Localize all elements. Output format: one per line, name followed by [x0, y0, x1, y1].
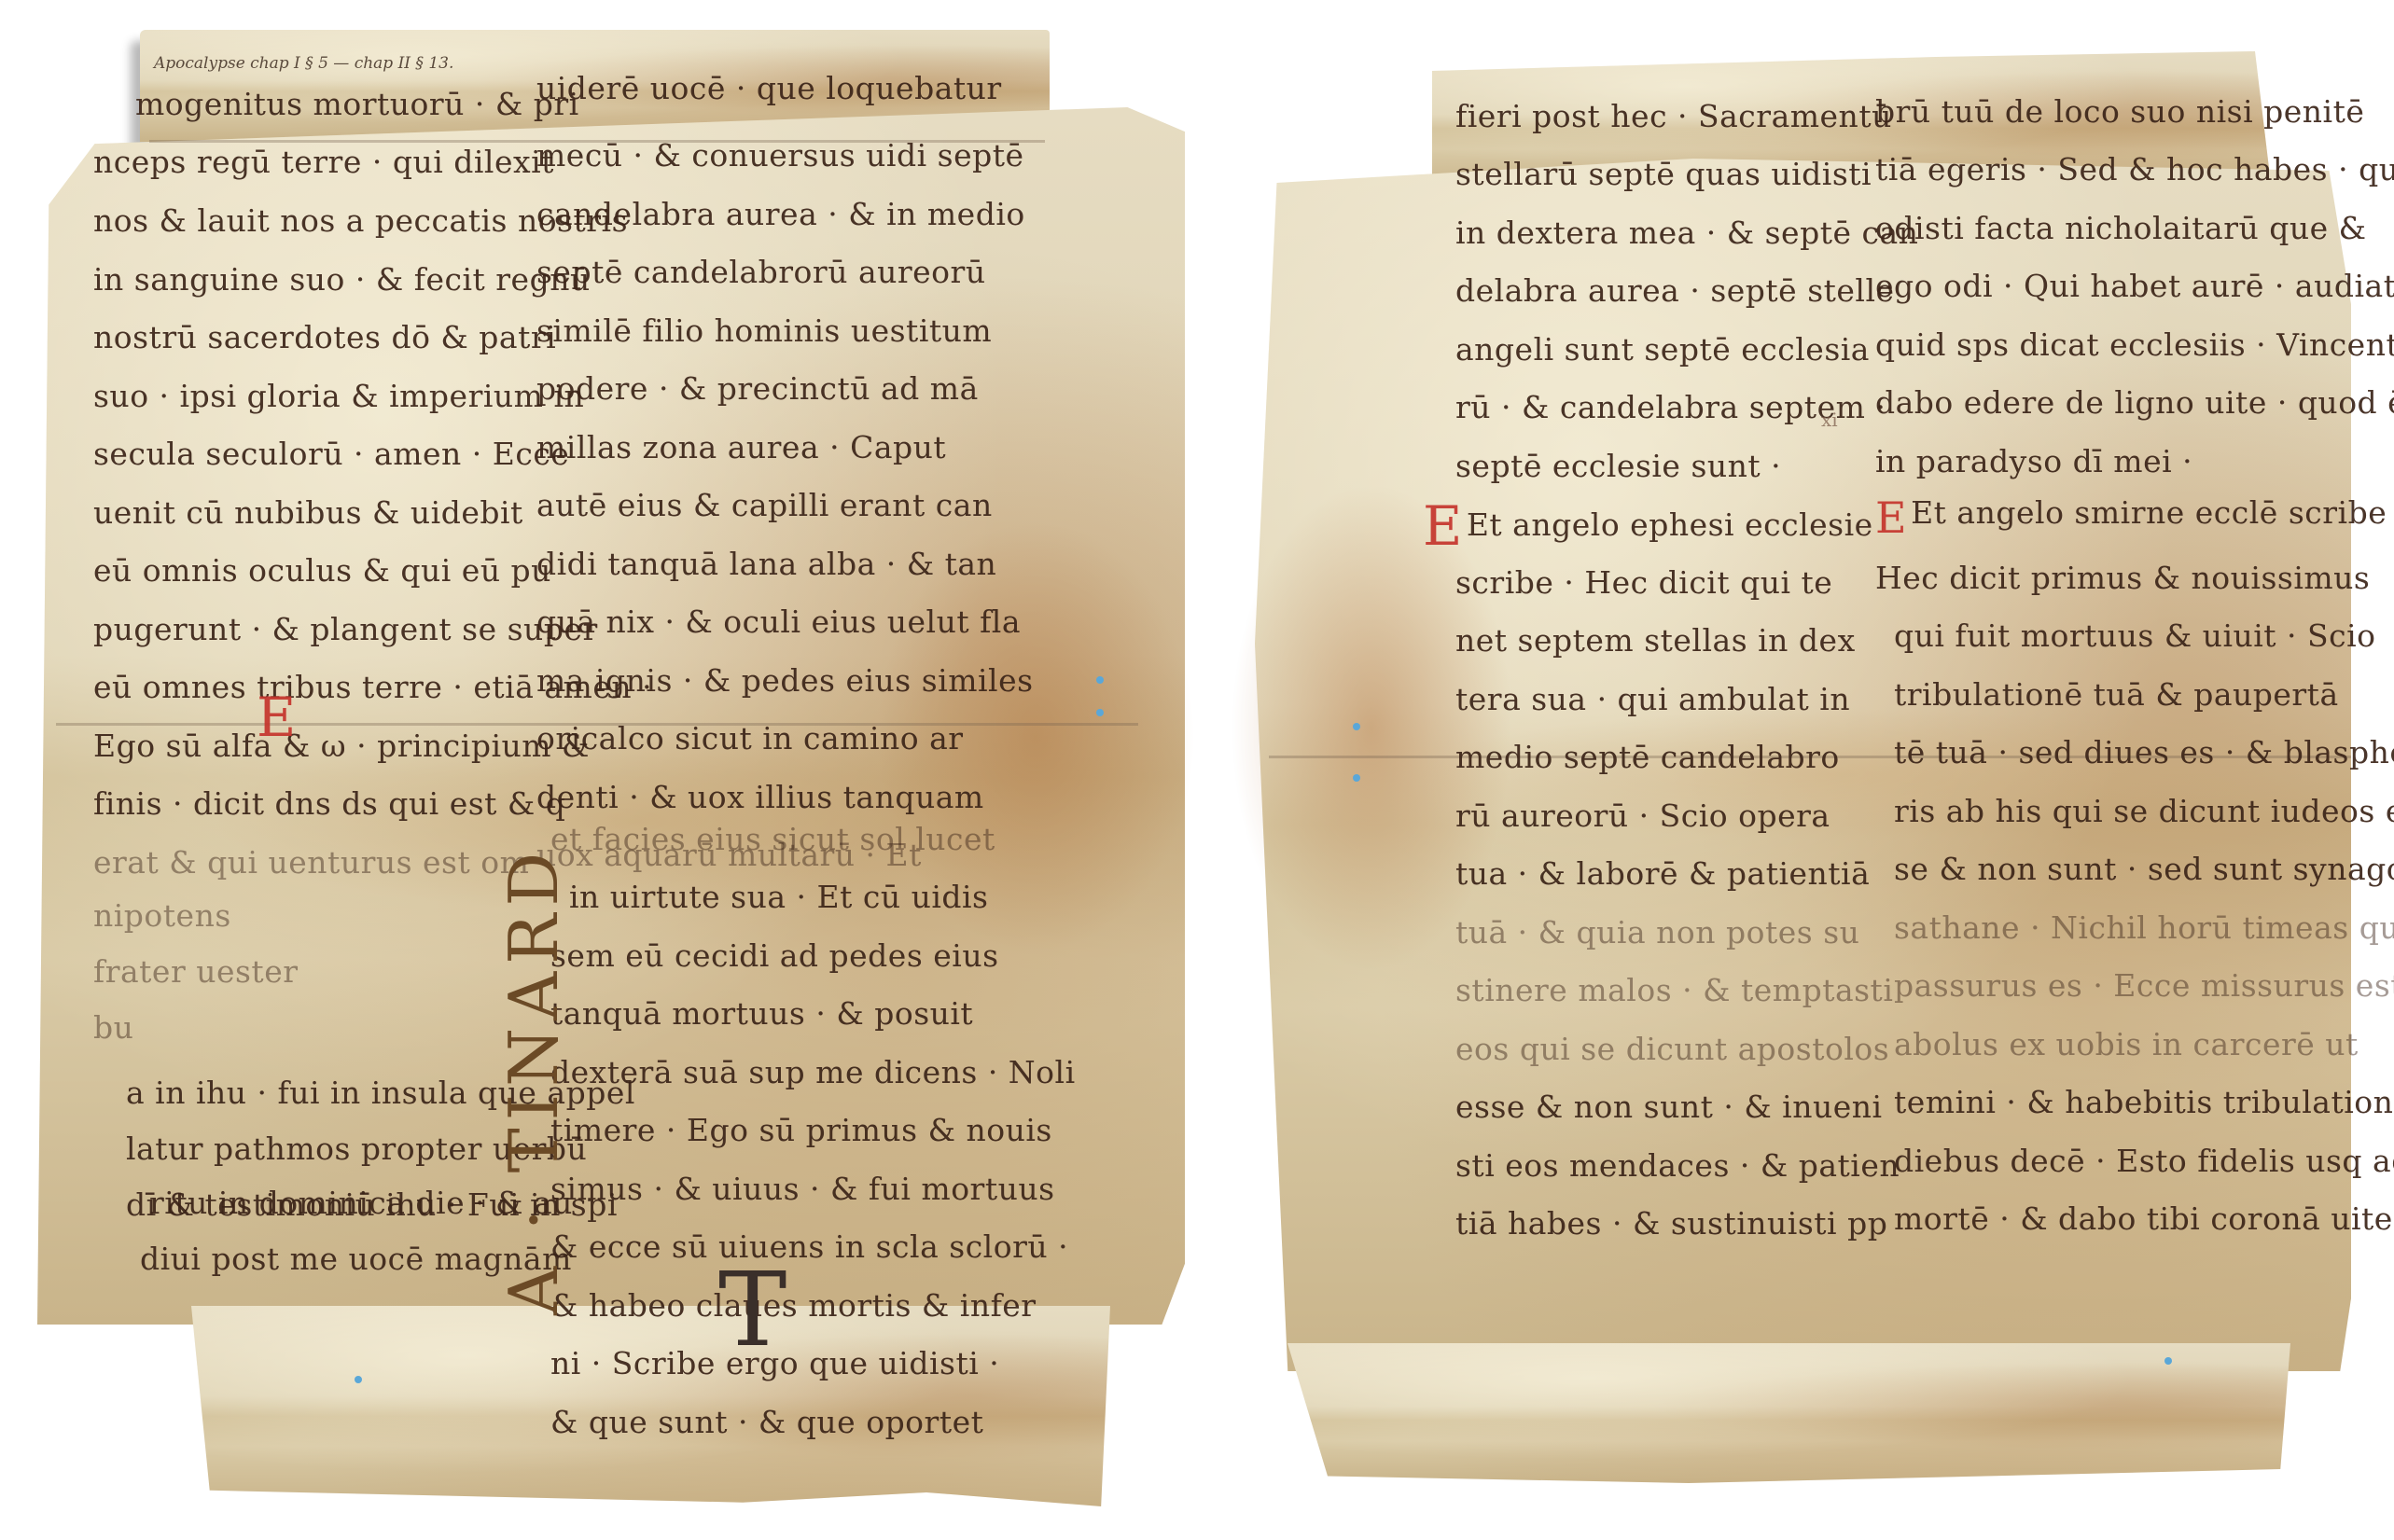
text-line: et facies eius sicut sol lucet: [550, 821, 995, 857]
text-line: rū aureorū · Scio opera: [1455, 798, 1830, 834]
text-line: finis · dicit dns ds qui est & q: [93, 785, 565, 822]
text-line: eū omnis oculus & qui eū pu: [93, 552, 551, 589]
text-line: odisti facta nicholaitarū que &: [1875, 210, 2367, 246]
text-line: frater uester: [93, 953, 299, 990]
text-line: in dextera mea · & septē can: [1455, 215, 1918, 251]
text-line: timere · Ego sū primus & nouis: [550, 1112, 1052, 1148]
text-line: tiā habes · & sustinuisti pp: [1455, 1205, 1887, 1242]
text-line: uenit cū nubibus & uidebit: [93, 494, 523, 531]
blue-mark: [2164, 1357, 2172, 1365]
text-line rubric-line: EEt angelo smirne ecclē scribe ·: [1875, 494, 2394, 539]
text-line: nostrū sacerdotes dō & patri: [93, 319, 556, 355]
text-line: Hec dicit primus & nouissimus: [1875, 560, 2370, 596]
text-line: uiderē uocē · que loquebatur: [536, 70, 1002, 106]
text-line: stinere malos · & temptasti: [1455, 972, 1893, 1008]
text-line: sti eos mendaces · & patien: [1455, 1147, 1900, 1184]
red-initial-letter: E: [257, 686, 297, 749]
text-line: ma ignis · & pedes eius similes: [536, 662, 1034, 699]
text-line: tanquā mortuus · & posuit: [550, 995, 973, 1032]
text-line: candelabra aurea · & in medio: [536, 196, 1025, 232]
text-line: ego odi · Qui habet aurē · audiat: [1875, 268, 2394, 304]
text-line: denti · & uox illius tanquam: [536, 779, 984, 815]
text-line: dexterā suā sup me dicens · Noli: [550, 1054, 1076, 1090]
text-line: didi tanquā lana alba · & tan: [536, 546, 996, 582]
text-line: similē filio hominis uestitum: [536, 312, 992, 349]
text-line: scribe · Hec dicit qui te: [1455, 564, 1832, 601]
text-line: tiā egeris · Sed & hoc habes · quia: [1875, 151, 2394, 187]
text-line: qui fuit mortuus & uiuit · Scio: [1894, 617, 2376, 654]
large-letter-t: T: [718, 1250, 786, 1369]
text-line: temini · & habebitis tribulationē: [1894, 1084, 2394, 1120]
text-line: ris ab his qui se dicunt iudeos es: [1894, 793, 2394, 829]
blue-mark: [1353, 723, 1360, 730]
blue-mark: [355, 1376, 362, 1383]
red-initial-letter: E: [1875, 493, 1907, 543]
text-line: mecū · & conuersus uidi septē: [536, 137, 1024, 173]
text-line: & ecce sū uiuens in scla sclorū ·: [550, 1228, 1068, 1265]
blue-mark: [1353, 774, 1360, 782]
text-line: pugerunt · & plangent se super: [93, 611, 598, 647]
text-line: tua · & laborē & patientiā: [1455, 855, 1870, 892]
right-page-column-2: brū tuū de loco suo nisi penitē tiā eger…: [1875, 93, 2314, 1334]
right-page-bottom-tab: [1287, 1343, 2290, 1483]
text-line: tribulationē tuā & paupertā: [1894, 676, 2339, 713]
text-line: secula seculorū · amen · Ecce: [93, 436, 569, 472]
text-line: fieri post hec · Sacramentū: [1455, 98, 1892, 134]
left-manuscript-page: Apocalypse chap I § 5 — chap II § 13. mo…: [0, 0, 1232, 1540]
text-line: dabo edere de ligno uite · quod ē: [1875, 384, 2394, 421]
text-line: eos qui se dicunt apostolos: [1455, 1031, 1889, 1067]
text-line: medio septē candelabro: [1455, 739, 1840, 775]
text-line: quid sps dicat ecclesiis · Vincenti: [1875, 326, 2394, 363]
text-line: simus · & uiuus · & fui mortuus: [550, 1171, 1055, 1207]
text-line rubric-line: EEt angelo ephesi ecclesie: [1423, 499, 1873, 553]
left-page-column-2: uiderē uocē · que loquebatur mecū · & co…: [536, 70, 975, 1357]
text-line: septē ecclesie sunt ·: [1455, 448, 1781, 484]
text-line: suo · ipsi gloria & imperium in: [93, 378, 584, 414]
text-line: se & non sunt · sed sunt synagoga: [1894, 851, 2394, 887]
text-line: Et angelo smirne ecclē scribe ·: [1911, 494, 2394, 531]
right-page-column-1: fieri post hec · Sacramentū stellarū sep…: [1455, 98, 1866, 1329]
blue-mark: [1096, 676, 1104, 684]
text-line: oricalco sicut in camino ar: [536, 720, 964, 756]
red-initial-letter: E: [1423, 494, 1463, 558]
text-line: septē candelabrorū aureorū: [536, 254, 986, 290]
text-line: mortē · & dabo tibi coronā uite ·: [1894, 1200, 2394, 1237]
text-line: millas zona aurea · Caput: [536, 429, 946, 465]
text-line: stellarū septē quas uidisti: [1455, 156, 1872, 192]
text-line: tē tuā · sed diues es · & blasphema: [1894, 734, 2394, 770]
text-line: in paradyso dī mei ·: [1875, 443, 2192, 479]
right-manuscript-page: fieri post hec · Sacramentū stellarū sep…: [1232, 0, 2394, 1540]
text-line: autē eius & capilli erant can: [536, 487, 993, 523]
text-line: brū tuū de loco suo nisi penitē: [1875, 93, 2364, 130]
text-line: sem eū cecidi ad pedes eius: [550, 937, 999, 974]
text-line: abolus ex uobis in carcerē ut: [1894, 1026, 2359, 1062]
text-line: quā nix · & oculi eius uelut fla: [536, 604, 1021, 640]
text-line: net septem stellas in dex: [1455, 622, 1856, 659]
text-line: Ego sū alfa & ω · principium &: [93, 728, 590, 764]
text-line: angeli sunt septē ecclesia: [1455, 331, 1870, 368]
text-line: esse & non sunt · & inueni: [1455, 1089, 1883, 1125]
text-line: & habeo claues mortis & infer: [550, 1287, 1037, 1324]
text-line: bu: [93, 1009, 133, 1046]
vertical-inscription: A · TINARD: [494, 845, 573, 1315]
text-line: tuā · & quia non potes su: [1455, 914, 1859, 950]
blue-mark: [1096, 709, 1104, 716]
text-line: in sanguine suo · & fecit regnū: [93, 261, 591, 298]
text-line: nceps regū terre · qui dilexit: [93, 144, 554, 180]
text-line: delabra aurea · septē stelle: [1455, 272, 1895, 309]
rubric-initial: E: [257, 690, 300, 744]
text-line: mogenitus mortuorū · & pri: [135, 86, 579, 122]
text-line: in uirtute sua · Et cū uidis: [569, 879, 989, 915]
marginal-annotation: Apocalypse chap I § 5 — chap II § 13.: [154, 54, 453, 73]
text-line: sathane · Nichil horū timeas que: [1894, 909, 2394, 946]
text-line: nipotens: [93, 897, 231, 934]
text-line: & que sunt · & que oportet: [550, 1404, 983, 1440]
text-line: podere · & precinctū ad mā: [536, 370, 979, 407]
text-line: passurus es · Ecce missurus est di: [1894, 967, 2394, 1004]
text-line: erat & qui uenturus est om: [93, 844, 529, 881]
text-line: diebus decē · Esto fidelis usq ad: [1894, 1143, 2394, 1179]
marginal-mark: xi: [1821, 409, 1838, 431]
text-line: Et angelo ephesi ecclesie: [1467, 506, 1873, 543]
text-line: tera sua · qui ambulat in: [1455, 681, 1850, 717]
